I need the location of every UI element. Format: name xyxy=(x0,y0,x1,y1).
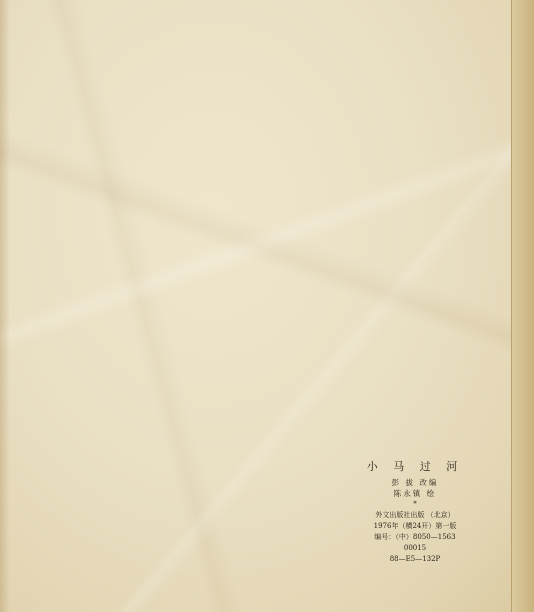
catalog-number: 编号：（中）8050—1563 xyxy=(360,532,470,543)
edition-line: 1976年（横24开）第一版 xyxy=(360,521,470,532)
separator-star: * xyxy=(360,500,470,509)
illustrator-credit: 陈永镇 绘 xyxy=(360,488,470,499)
code-line: 00015 xyxy=(360,543,470,554)
book-spine-edge xyxy=(511,0,534,612)
book-title: 小 马 过 河 xyxy=(360,458,470,474)
book-back-page: 小 马 过 河 彭 拔 改编 陈永镇 绘 * 外文出版社出版 （北京） 1976… xyxy=(0,0,534,612)
colophon: 小 马 过 河 彭 拔 改编 陈永镇 绘 * 外文出版社出版 （北京） 1976… xyxy=(360,458,470,565)
publisher-line: 外文出版社出版 （北京） xyxy=(360,510,470,521)
page-left-edge xyxy=(0,0,10,612)
series-code: 88—E5—132P xyxy=(360,554,470,565)
adapter-credit: 彭 拔 改编 xyxy=(360,477,470,488)
